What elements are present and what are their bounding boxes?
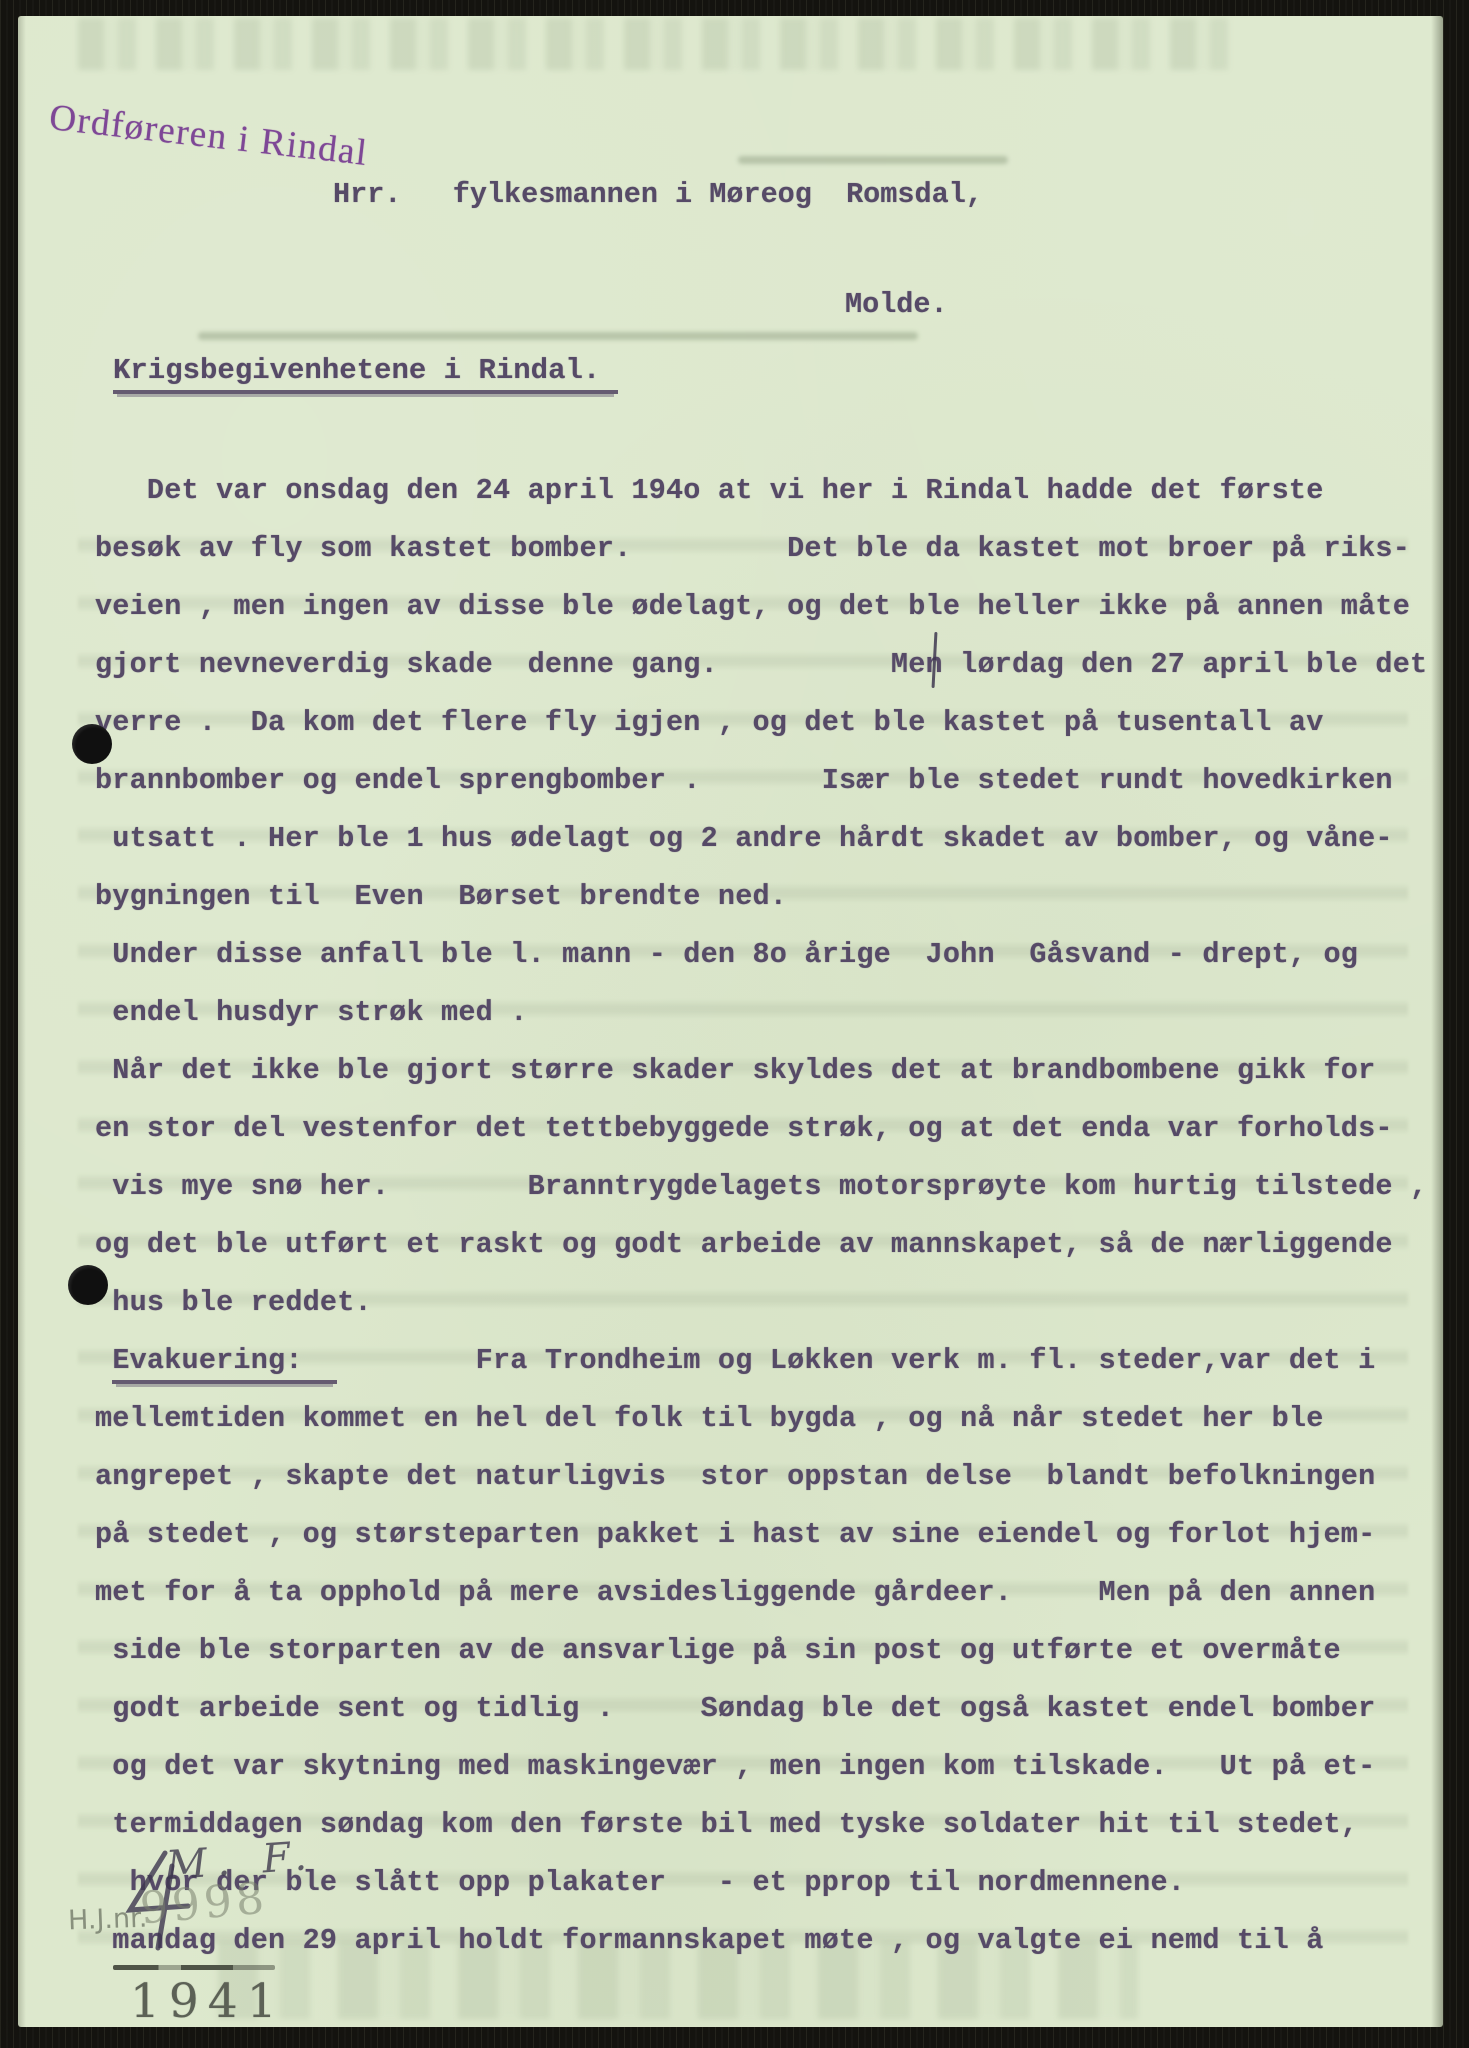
recipient-line: Hrr. fylkesmannen i Møreog Romsdal,: [333, 178, 983, 211]
document-body: Det var onsdag den 24 april 194o at vi h…: [95, 462, 1435, 1970]
document-line: verre . Da kom det flere fly igjen , og …: [95, 694, 1435, 752]
paper-sheet: Ordføreren i Rindal Hrr. fylkesmannen i …: [18, 16, 1443, 2027]
journal-number-label: H.J.nr.: [67, 1903, 147, 1937]
document-line: på stedet , og størsteparten pakket i ha…: [95, 1506, 1435, 1564]
document-line: brannbomber og endel sprengbomber . Især…: [95, 752, 1435, 810]
document-line: met for å ta opphold på mere avsidesligg…: [95, 1564, 1435, 1622]
document-line: og det var skytning med maskingevær , me…: [95, 1738, 1435, 1796]
ink-smudge: [198, 332, 918, 340]
document-title-text: Krigsbegivenhetene i Rindal.: [113, 354, 618, 394]
document-line: mandag den 29 april holdt formannskapet …: [95, 1912, 1435, 1970]
pen-dash-mark: [113, 1965, 275, 1970]
document-line: endel husdyr strøk med .: [95, 984, 1435, 1042]
document-line: veien , men ingen av disse ble ødelagt, …: [95, 578, 1435, 636]
document-line: mellemtiden kommet en hel del folk til b…: [95, 1390, 1435, 1448]
document-line: angrepet , skapte det naturligvis stor o…: [95, 1448, 1435, 1506]
document-line: Evakuering: Fra Trondheim og Løkken verk…: [95, 1332, 1435, 1390]
document-line: Det var onsdag den 24 april 194o at vi h…: [95, 462, 1435, 520]
document-title: Krigsbegivenhetene i Rindal.: [113, 354, 618, 387]
year-stamp: 1941: [130, 1974, 286, 2029]
underlined-label: Evakuering:: [112, 1344, 337, 1384]
document-line: gjort nevneverdig skade denne gang. Men …: [95, 636, 1435, 694]
punch-hole-bottom: [68, 1265, 108, 1305]
place-line: Molde.: [845, 288, 948, 321]
document-line: en stor del vestenfor det tettbebyggede …: [95, 1100, 1435, 1158]
document-line: besøk av fly som kastet bomber. Det ble …: [95, 520, 1435, 578]
ink-smudge: [738, 156, 1008, 164]
punch-hole-top: [72, 724, 112, 764]
document-line: og det ble utført et raskt og godt arbei…: [95, 1216, 1435, 1274]
document-line: godt arbeide sent og tidlig . Søndag ble…: [95, 1680, 1435, 1738]
document-line: utsatt . Her ble 1 hus ødelagt og 2 andr…: [95, 810, 1435, 868]
document-line: side ble storparten av de ansvarlige på …: [95, 1622, 1435, 1680]
paper-watermark-top: [78, 18, 1228, 70]
document-line: Når det ikke ble gjort større skader sky…: [95, 1042, 1435, 1100]
document-line: hus ble reddet.: [95, 1274, 1435, 1332]
scanned-page: Ordføreren i Rindal Hrr. fylkesmannen i …: [0, 0, 1469, 2048]
document-line: bygningen til Even Børset brendte ned.: [95, 868, 1435, 926]
sender-stamp: Ordføreren i Rindal: [47, 96, 370, 175]
document-line: Under disse anfall ble l. mann - den 8o …: [95, 926, 1435, 984]
document-line: vis mye snø her. Branntrygdelagets motor…: [95, 1158, 1435, 1216]
